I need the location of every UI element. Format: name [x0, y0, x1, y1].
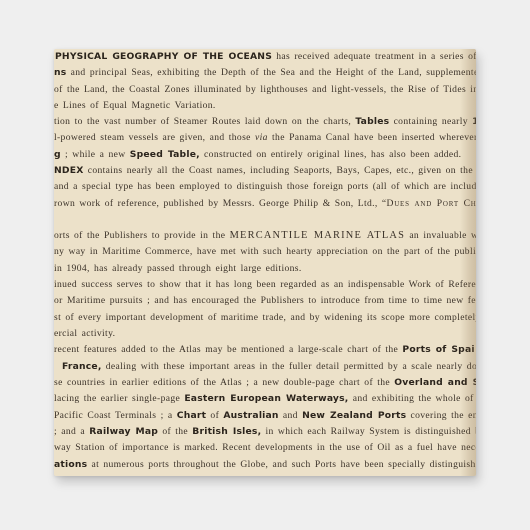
text-line: orts of the Publishers to provide in the…: [54, 230, 476, 242]
text-segment: at numerous ports throughout the Globe, …: [87, 459, 476, 470]
text-segment: l-powered steam vessels are given, and t…: [54, 132, 255, 143]
text-line: recent features added to the Atlas may b…: [54, 344, 475, 356]
text-segment: Ports of Spai: [402, 344, 474, 355]
text-segment: contains nearly all the Coast names, inc…: [83, 165, 476, 176]
text-segment: inued success serves to show that it has…: [54, 279, 476, 290]
text-segment: st of every important development of mar…: [54, 312, 476, 323]
text-line: ercial activity.: [54, 328, 115, 340]
text-line: of the Land, the Coastal Zones illuminat…: [54, 84, 476, 96]
text-line: inued success serves to show that it has…: [54, 279, 476, 291]
text-line: ns and principal Seas, exhibiting the De…: [54, 67, 476, 79]
text-line: ations at numerous ports throughout the …: [54, 459, 476, 471]
text-segment: and a special type has been employed to …: [54, 181, 476, 192]
text-segment: Australian: [223, 410, 278, 421]
text-segment: constructed on entirely original lines, …: [200, 149, 462, 160]
text-segment: Dues and Port Charges: [386, 198, 476, 209]
text-segment: has received adequate treatment in a ser…: [272, 51, 476, 62]
text-segment: orts of the Publishers to provide in the: [54, 230, 230, 241]
text-segment: tion to the vast number of Steamer Route…: [54, 116, 355, 127]
text-segment: g: [54, 149, 61, 160]
text-line: e Lines of Equal Magnetic Variation.: [54, 100, 216, 112]
text-line: in 1904, has already passed through eigh…: [54, 263, 302, 275]
text-segment: NDEX: [54, 165, 83, 176]
text-segment: Pacific Coast Terminals ; a: [54, 410, 177, 421]
text-line: rown work of reference, published by Mes…: [54, 198, 476, 210]
text-segment: Speed Table,: [130, 149, 200, 160]
text-segment: France,: [62, 361, 102, 372]
text-segment: h the most recent information. A farther…: [54, 475, 476, 476]
text-segment: and principal Seas, exhibiting the Depth…: [66, 67, 476, 78]
text-segment: ercial activity.: [54, 328, 115, 339]
text-line: se countries in earlier editions of the …: [54, 377, 476, 389]
text-line: tion to the vast number of Steamer Route…: [54, 116, 476, 128]
text-segment: ny way in Maritime Commerce, have met wi…: [54, 246, 476, 257]
text-segment: PHYSICAL GEOGRAPHY OF THE OCEANS: [55, 51, 272, 62]
text-segment: in 1904, has already passed through eigh…: [54, 263, 302, 274]
text-line: and a special type has been employed to …: [54, 181, 476, 193]
text-segment: of the Land, the Coastal Zones illuminat…: [54, 84, 476, 95]
text-segment: ations: [54, 459, 87, 470]
text-segment: dealing with these important areas in th…: [102, 361, 476, 372]
text-line: h the most recent information. A farther…: [54, 475, 476, 476]
text-line: Pacific Coast Terminals ; a Chart of Aus…: [54, 410, 476, 422]
text-segment: containing nearly: [389, 116, 472, 127]
text-segment: rown work of reference, published by Mes…: [54, 198, 386, 209]
text-segment: lacing the earlier single-page: [54, 393, 184, 404]
text-segment: British Isles,: [192, 426, 261, 437]
text-segment: in which each Railway System is distingu…: [261, 426, 476, 437]
text-segment: e Lines of Equal Magnetic Variation.: [54, 100, 216, 111]
text-segment: covering the entire co: [406, 410, 476, 421]
text-segment: of: [206, 410, 223, 421]
text-line: France, dealing with these important are…: [62, 361, 476, 373]
text-line: or Maritime pursuits ; and has encourage…: [54, 295, 476, 307]
text-line: st of every important development of mar…: [54, 312, 476, 324]
text-line: NDEX contains nearly all the Coast names…: [54, 165, 476, 177]
text-segment: and exhibiting the whole of the Trans-S: [348, 393, 476, 404]
text-segment: 12,000 Distanc: [472, 116, 476, 127]
text-segment: ns: [54, 67, 66, 78]
text-segment: of the: [158, 426, 192, 437]
text-segment: Overland and Sea Con: [394, 377, 476, 388]
text-line: ny way in Maritime Commerce, have met wi…: [54, 246, 476, 258]
text-segment: ; while a new: [61, 149, 130, 160]
text-line: l-powered steam vessels are given, and t…: [54, 132, 476, 144]
text-line: way Station of importance is marked. Rec…: [54, 442, 476, 454]
text-segment: an invaluable work of ref: [405, 230, 476, 241]
text-segment: Railway Map: [89, 426, 158, 437]
text-segment: via: [255, 132, 268, 143]
text-segment: Eastern European Waterways,: [184, 393, 348, 404]
text-segment: recent features added to the Atlas may b…: [54, 344, 402, 355]
printed-page-tile: PHYSICAL GEOGRAPHY OF THE OCEANS has rec…: [54, 49, 476, 476]
text-segment: and: [279, 410, 302, 421]
text-segment: se countries in earlier editions of the …: [54, 377, 394, 388]
text-line: g ; while a new Speed Table, constructed…: [54, 149, 461, 161]
text-segment: way Station of importance is marked. Rec…: [54, 442, 476, 453]
text-line: ; and a Railway Map of the British Isles…: [54, 426, 476, 438]
text-segment: Tables: [355, 116, 389, 127]
text-segment: MERCANTILE MARINE ATLAS: [230, 230, 406, 241]
text-segment: New Zealand Ports: [302, 410, 406, 421]
text-segment: Chart: [177, 410, 206, 421]
text-segment: or Maritime pursuits ; and has encourage…: [54, 295, 476, 306]
text-segment: ; and a: [54, 426, 89, 437]
text-line: PHYSICAL GEOGRAPHY OF THE OCEANS has rec…: [55, 51, 476, 63]
text-segment: the Panama Canal have been inserted wher…: [268, 132, 476, 143]
text-line: lacing the earlier single-page Eastern E…: [54, 393, 476, 405]
